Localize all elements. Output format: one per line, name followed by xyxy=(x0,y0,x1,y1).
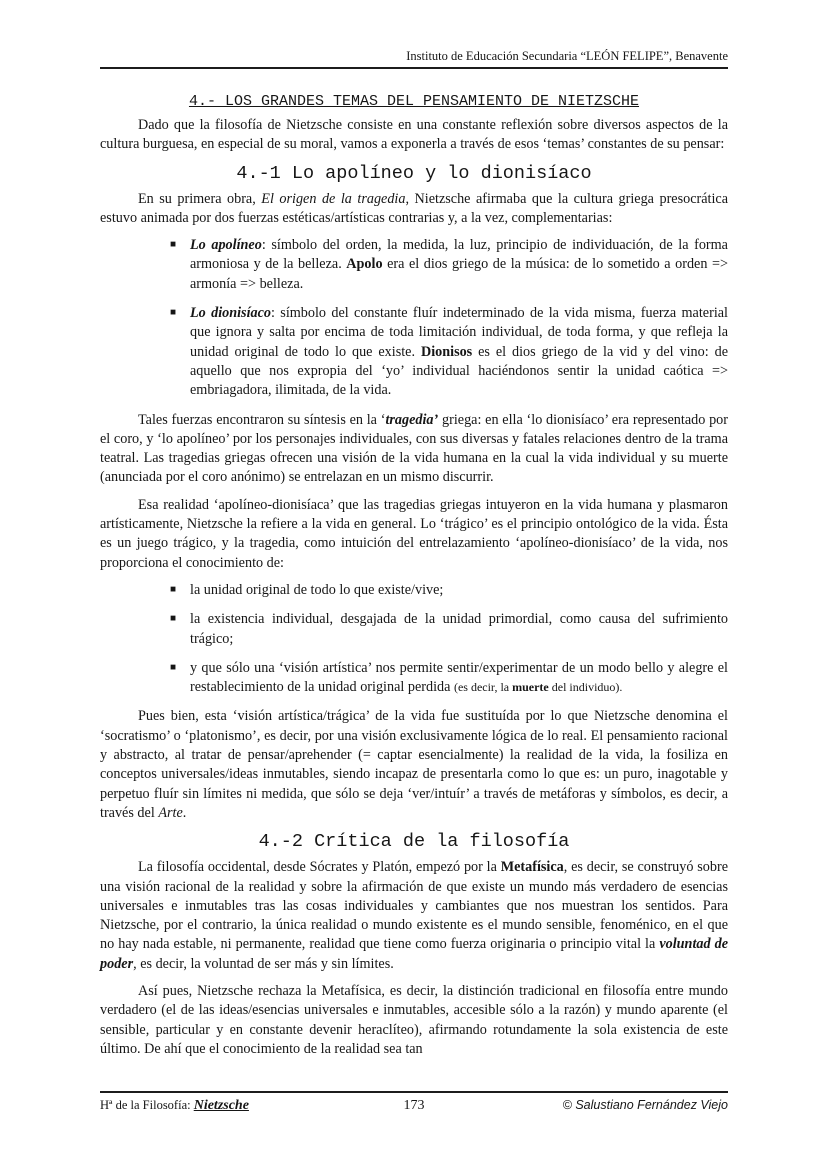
text-run: Dionisos xyxy=(421,344,472,360)
paragraph: Pues bien, esta ‘visión artística/trágic… xyxy=(100,707,728,823)
paragraph: La filosofía occidental, desde Sócrates … xyxy=(100,858,728,974)
bullet-item: ■la existencia individual, desgajada de … xyxy=(170,610,728,649)
bullet-square-icon: ■ xyxy=(170,238,176,252)
section-heading: 4.-1 Lo apolíneo y lo dionisíaco xyxy=(100,163,728,184)
paragraph: En su primera obra, El origen de la trag… xyxy=(100,190,728,229)
bullet-item: ■y que sólo una ‘visión artística’ nos p… xyxy=(170,659,728,698)
text-run: Pues bien, esta ‘visión artística/trágic… xyxy=(100,708,728,820)
bullet-square-icon: ■ xyxy=(170,612,176,626)
bullet-item: ■la unidad original de todo lo que exist… xyxy=(170,581,728,600)
paragraph: Tales fuerzas encontraron su síntesis en… xyxy=(100,411,728,488)
text-run: El origen de la tragedia xyxy=(261,191,405,207)
bullet-square-icon: ■ xyxy=(170,661,176,675)
bullet-text: Lo apolíneo: símbolo del orden, la medid… xyxy=(190,237,728,292)
text-run: tragedia’ xyxy=(385,412,438,428)
paragraph: Así pues, Nietzsche rechaza la Metafísic… xyxy=(100,982,728,1059)
text-run: del individuo). xyxy=(549,680,623,694)
text-run: Lo dionisíaco xyxy=(190,305,271,321)
bullet-list: ■Lo apolíneo: símbolo del orden, la medi… xyxy=(170,236,728,400)
bullet-square-icon: ■ xyxy=(170,306,176,320)
text-run: Así pues, Nietzsche rechaza la Metafísic… xyxy=(100,983,728,1057)
page-number: 173 xyxy=(404,1098,425,1114)
text-run: Metafísica xyxy=(501,859,564,875)
footer-course-prefix: Hª de la Filosofía: xyxy=(100,1098,194,1112)
text-run: Arte xyxy=(158,805,182,821)
bullet-text: la unidad original de todo lo que existe… xyxy=(190,582,443,598)
text-run: Dado que la filosofía de Nietzsche consi… xyxy=(100,117,728,152)
document-body: Dado que la filosofía de Nietzsche consi… xyxy=(100,116,728,1059)
bullet-text: y que sólo una ‘visión artística’ nos pe… xyxy=(190,660,728,695)
text-run: , es decir, la voluntad de ser más y sin… xyxy=(133,956,394,972)
institution-name: Instituto de Educación Secundaria “LEÓN … xyxy=(406,49,728,63)
footer-course: Hª de la Filosofía: Nietzsche xyxy=(100,1098,404,1114)
text-run: Apolo xyxy=(346,256,382,272)
bullet-text: Lo dionisíaco: símbolo del constante flu… xyxy=(190,305,728,398)
text-run: . xyxy=(183,805,187,821)
footer-row: Hª de la Filosofía: Nietzsche 173 © Salu… xyxy=(100,1093,728,1114)
text-run: En su primera obra, xyxy=(138,191,261,207)
footer-course-title: Nietzsche xyxy=(194,1098,249,1113)
page-content-column: Instituto de Educación Secundaria “LEÓN … xyxy=(100,0,728,1059)
paragraph: Esa realidad ‘apolíneo-dionisíaca’ que l… xyxy=(100,496,728,573)
copyright: © Salustiano Fernández Viejo xyxy=(425,1098,729,1112)
bullet-text: la existencia individual, desgajada de l… xyxy=(190,611,728,646)
text-run: Esa realidad ‘apolíneo-dionisíaca’ que l… xyxy=(100,497,728,571)
document-page: Instituto de Educación Secundaria “LEÓN … xyxy=(0,0,828,1171)
bullet-item: ■Lo dionisíaco: símbolo del constante fl… xyxy=(170,304,728,400)
text-run: Lo apolíneo xyxy=(190,237,262,253)
page-footer: Hª de la Filosofía: Nietzsche 173 © Salu… xyxy=(100,1091,728,1114)
page-header: Instituto de Educación Secundaria “LEÓN … xyxy=(100,0,728,69)
page-title: 4.- LOS GRANDES TEMAS DEL PENSAMIENTO DE… xyxy=(100,93,728,110)
text-run: Tales fuerzas encontraron su síntesis en… xyxy=(138,412,385,428)
section-heading: 4.-2 Crítica de la filosofía xyxy=(100,831,728,852)
bullet-square-icon: ■ xyxy=(170,583,176,597)
text-run: muerte xyxy=(512,680,549,694)
bullet-list: ■la unidad original de todo lo que exist… xyxy=(170,581,728,697)
text-run: (es decir, la xyxy=(454,680,512,694)
text-run: la existencia individual, desgajada de l… xyxy=(190,611,728,646)
text-run: La filosofía occidental, desde Sócrates … xyxy=(138,859,501,875)
paragraph: Dado que la filosofía de Nietzsche consi… xyxy=(100,116,728,155)
text-run: la unidad original de todo lo que existe… xyxy=(190,582,443,598)
bullet-item: ■Lo apolíneo: símbolo del orden, la medi… xyxy=(170,236,728,294)
